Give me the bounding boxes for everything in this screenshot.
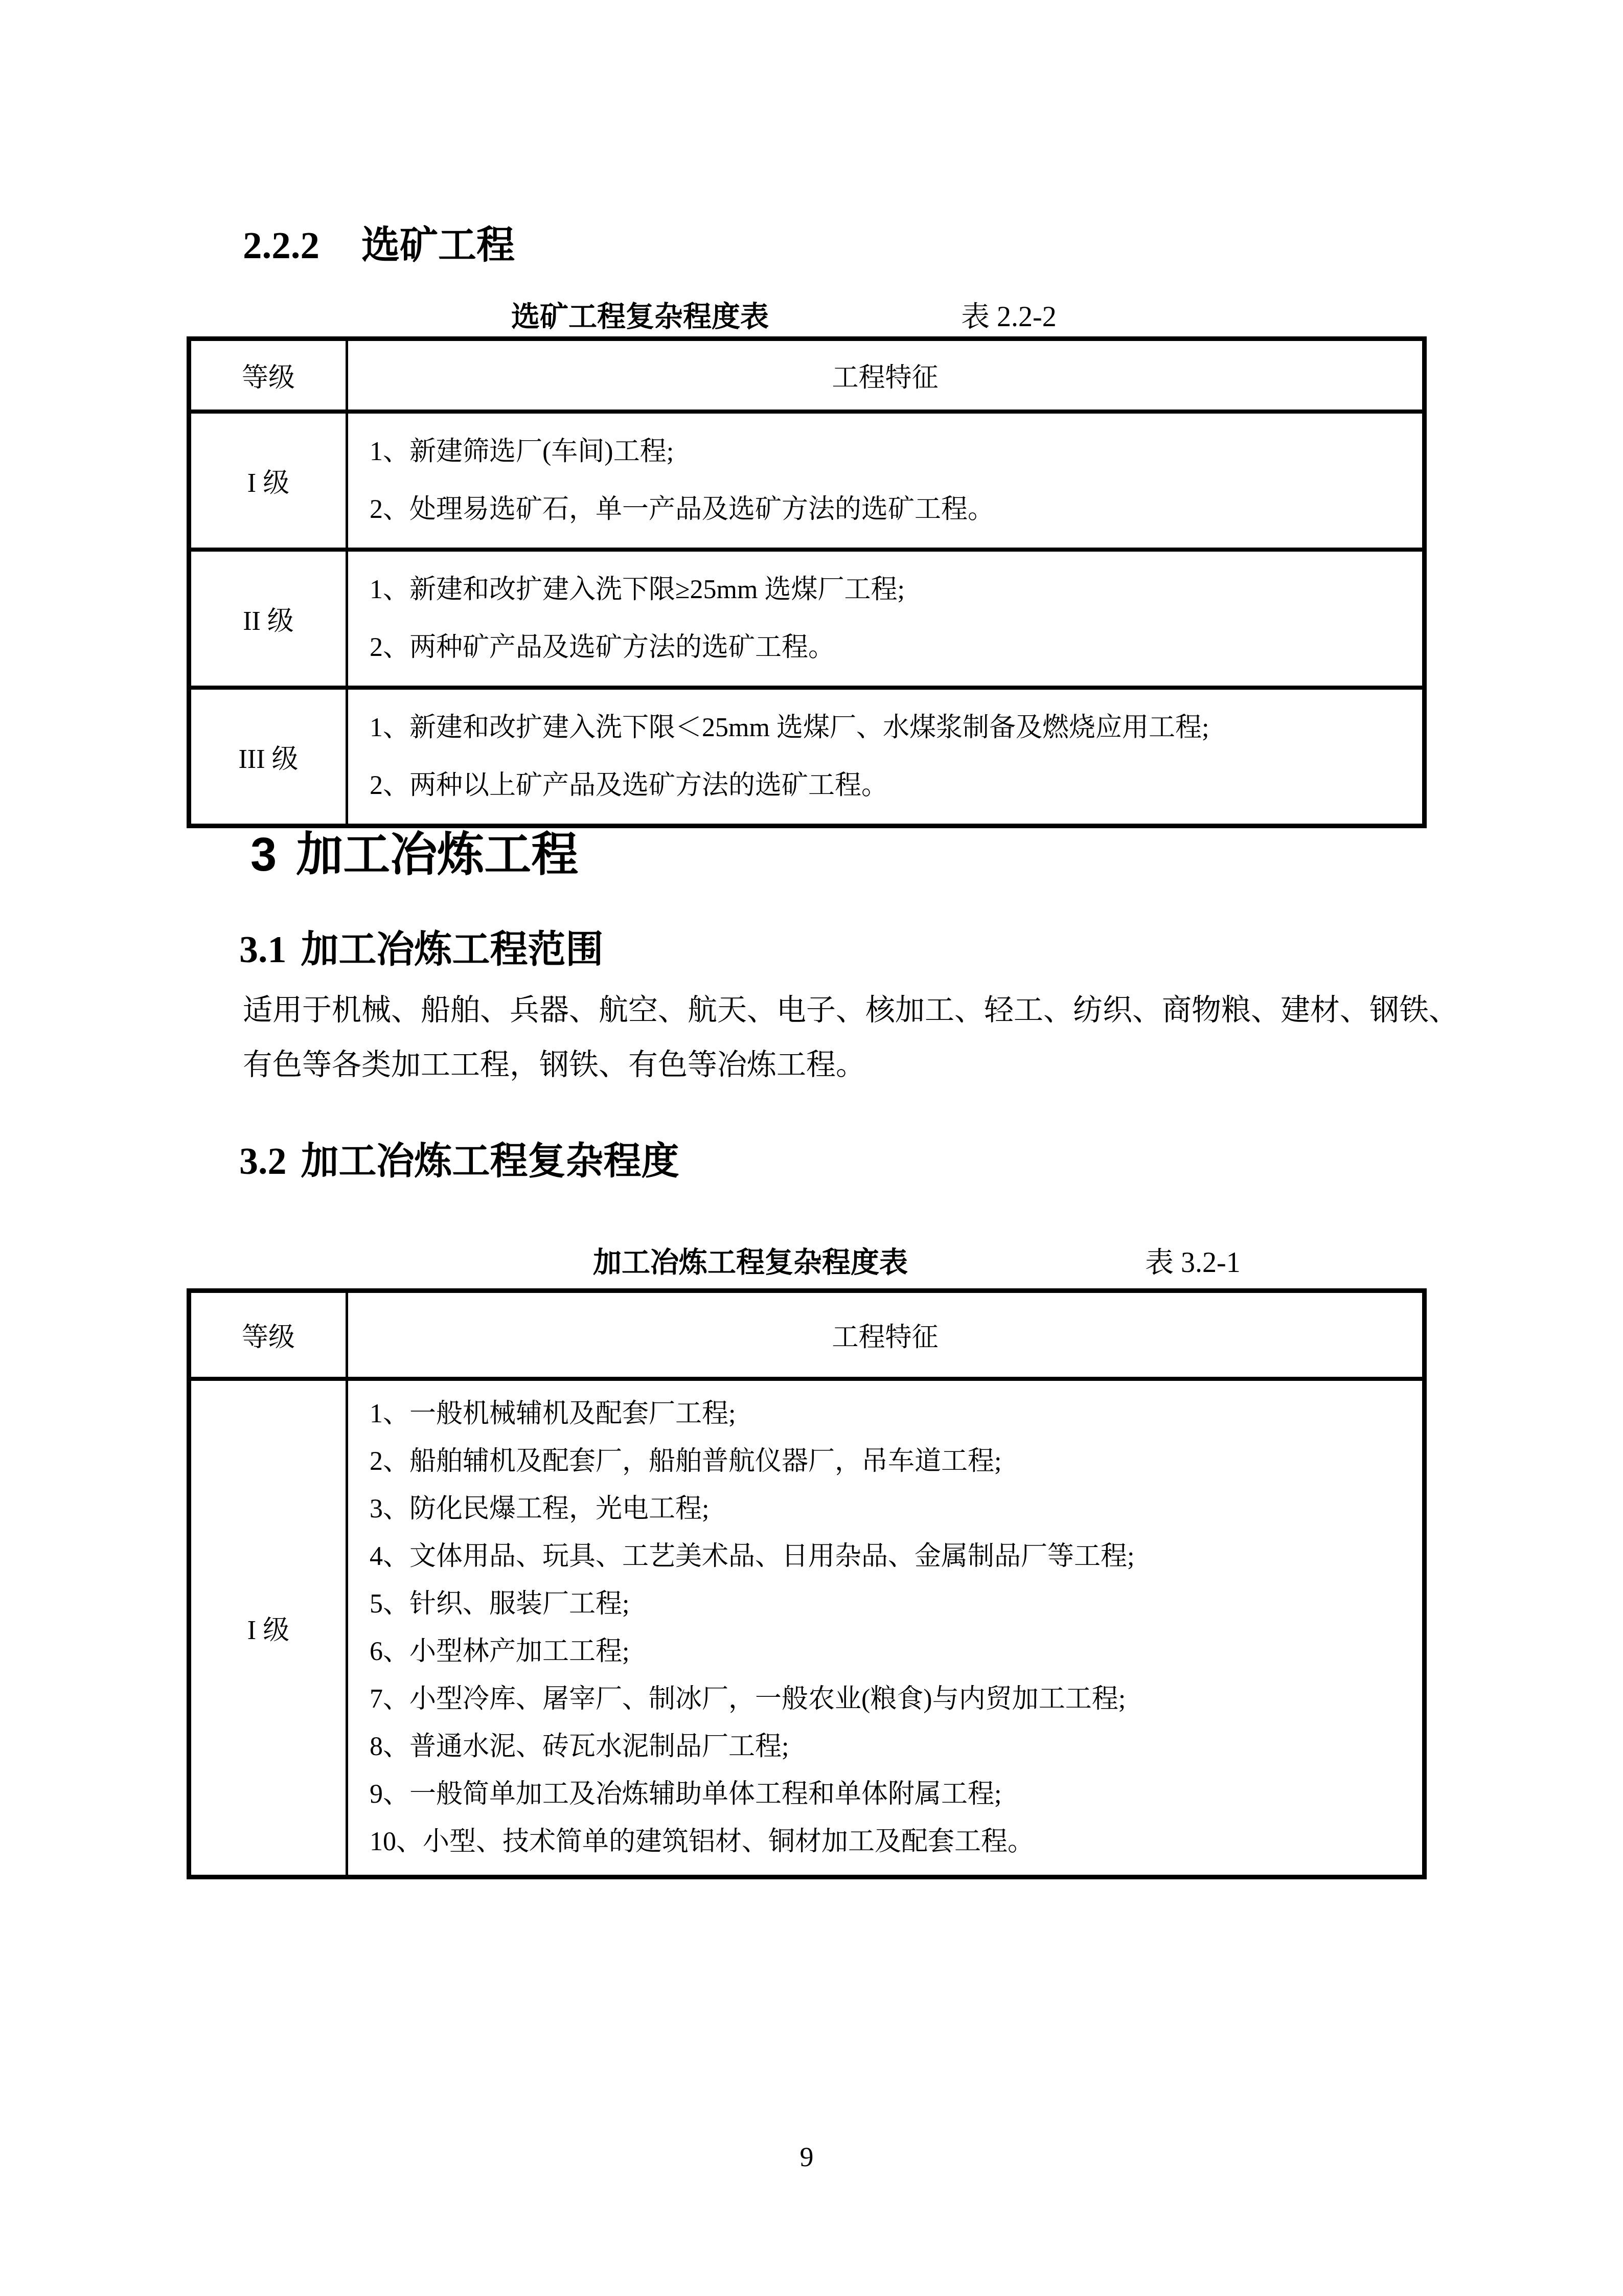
feature-line: 2、处理易选矿石，单一产品及选矿方法的选矿工程。: [370, 481, 1422, 538]
table2-caption-label: 表 3.2-1: [1145, 1240, 1241, 1281]
features-cell: 1、一般机械辅机及配套厂工程; 2、船舶辅机及配套厂，船舶普航仪器厂，吊车道工程…: [347, 1379, 1425, 1877]
section-number: 2.2.2: [243, 224, 319, 267]
feature-line: 2、两种矿产品及选矿方法的选矿工程。: [370, 619, 1422, 676]
feature-line: 9、一般简单加工及冶炼辅助单体工程和单体附属工程;: [370, 1770, 1422, 1818]
feature-line: 8、普通水泥、砖瓦水泥制品厂工程;: [370, 1723, 1422, 1770]
complexity-table-3-2-1: 等级 工程特征 I 级 1、一般机械辅机及配套厂工程; 2、船舶辅机及配套厂，船…: [187, 1288, 1427, 1879]
features-cell: 1、新建和改扩建入洗下限＜25mm 选煤厂、水煤浆制备及燃烧应用工程; 2、两种…: [347, 688, 1425, 826]
features-cell: 1、新建和改扩建入洗下限≥25mm 选煤厂工程; 2、两种矿产品及选矿方法的选矿…: [347, 550, 1425, 688]
table-row: III 级 1、新建和改扩建入洗下限＜25mm 选煤厂、水煤浆制备及燃烧应用工程…: [189, 688, 1425, 826]
section-title: 加工冶炼工程复杂程度: [301, 1141, 679, 1183]
section-number: 3: [250, 829, 277, 881]
paragraph-line: 适用于机械、船舶、兵器、航空、航天、电子、核加工、轻工、纺织、商物粮、建材、钢铁…: [243, 983, 1458, 1037]
feature-line: 2、两种以上矿产品及选矿方法的选矿工程。: [370, 757, 1422, 814]
table1-caption-row: 选矿工程复杂程度表 表 2.2-2: [0, 294, 1623, 335]
feature-line: 1、新建筛选厂(车间)工程;: [370, 423, 1422, 481]
feature-line: 1、新建和改扩建入洗下限≥25mm 选煤厂工程;: [370, 561, 1422, 619]
section-title: 选矿工程: [361, 224, 515, 267]
paragraph-line: 有色等各类加工工程，钢铁、有色等冶炼工程。: [243, 1037, 1458, 1092]
header-feature: 工程特征: [347, 1291, 1425, 1379]
feature-line: 1、一般机械辅机及配套厂工程;: [370, 1390, 1422, 1438]
grade-label: III 级: [189, 688, 347, 826]
table-row: II 级 1、新建和改扩建入洗下限≥25mm 选煤厂工程; 2、两种矿产品及选矿…: [189, 550, 1425, 688]
table2-caption-row: 加工冶炼工程复杂程度表 表 3.2-1: [0, 1240, 1623, 1281]
table2-caption: 加工冶炼工程复杂程度表: [593, 1240, 908, 1281]
section-title: 加工冶炼工程: [296, 829, 578, 881]
table-row: I 级 1、新建筛选厂(车间)工程; 2、处理易选矿石，单一产品及选矿方法的选矿…: [189, 412, 1425, 550]
section-heading-3-2: 3.2加工冶炼工程复杂程度: [239, 1131, 679, 1185]
table-row: I 级 1、一般机械辅机及配套厂工程; 2、船舶辅机及配套厂，船舶普航仪器厂，吊…: [189, 1379, 1425, 1877]
feature-line: 1、新建和改扩建入洗下限＜25mm 选煤厂、水煤浆制备及燃烧应用工程;: [370, 699, 1422, 757]
header-feature: 工程特征: [347, 339, 1425, 412]
table-header-row: 等级 工程特征: [189, 339, 1425, 412]
section-title: 加工冶炼工程范围: [301, 929, 604, 971]
scope-paragraph: 适用于机械、船舶、兵器、航空、航天、电子、核加工、轻工、纺织、商物粮、建材、钢铁…: [243, 983, 1458, 1092]
feature-line: 7、小型冷库、屠宰厂、制冰厂，一般农业(粮食)与内贸加工工程;: [370, 1675, 1422, 1723]
feature-line: 2、船舶辅机及配套厂，船舶普航仪器厂，吊车道工程;: [370, 1438, 1422, 1485]
section-number: 3.1: [239, 929, 287, 971]
table-header-row: 等级 工程特征: [189, 1291, 1425, 1379]
grade-label: I 级: [189, 1379, 347, 1877]
grade-label: I 级: [189, 412, 347, 550]
section-number: 3.2: [239, 1141, 287, 1183]
grade-label: II 级: [189, 550, 347, 688]
table1-caption: 选矿工程复杂程度表: [511, 294, 769, 335]
feature-line: 4、文体用品、玩具、工艺美术品、日用杂品、金属制品厂等工程;: [370, 1533, 1422, 1580]
features-cell: 1、新建筛选厂(车间)工程; 2、处理易选矿石，单一产品及选矿方法的选矿工程。: [347, 412, 1425, 550]
header-grade: 等级: [189, 339, 347, 412]
table1-caption-label: 表 2.2-2: [961, 294, 1057, 335]
section-heading-2-2-2: 2.2.2选矿工程: [243, 215, 515, 269]
feature-line: 3、防化民爆工程，光电工程;: [370, 1485, 1422, 1533]
complexity-table-2-2-2: 等级 工程特征 I 级 1、新建筛选厂(车间)工程; 2、处理易选矿石，单一产品…: [187, 336, 1427, 828]
document-page: 2.2.2选矿工程 选矿工程复杂程度表 表 2.2-2 等级 工程特征 I 级 …: [0, 0, 1623, 2296]
header-grade: 等级: [189, 1291, 347, 1379]
feature-line: 6、小型林产加工工程;: [370, 1628, 1422, 1675]
feature-line: 10、小型、技术简单的建筑铝材、铜材加工及配套工程。: [370, 1818, 1422, 1866]
section-heading-3-1: 3.1加工冶炼工程范围: [239, 919, 604, 973]
feature-line: 5、针织、服装厂工程;: [370, 1580, 1422, 1628]
page-number: 9: [187, 2141, 1427, 2173]
section-heading-3: 3加工冶炼工程: [250, 817, 578, 884]
